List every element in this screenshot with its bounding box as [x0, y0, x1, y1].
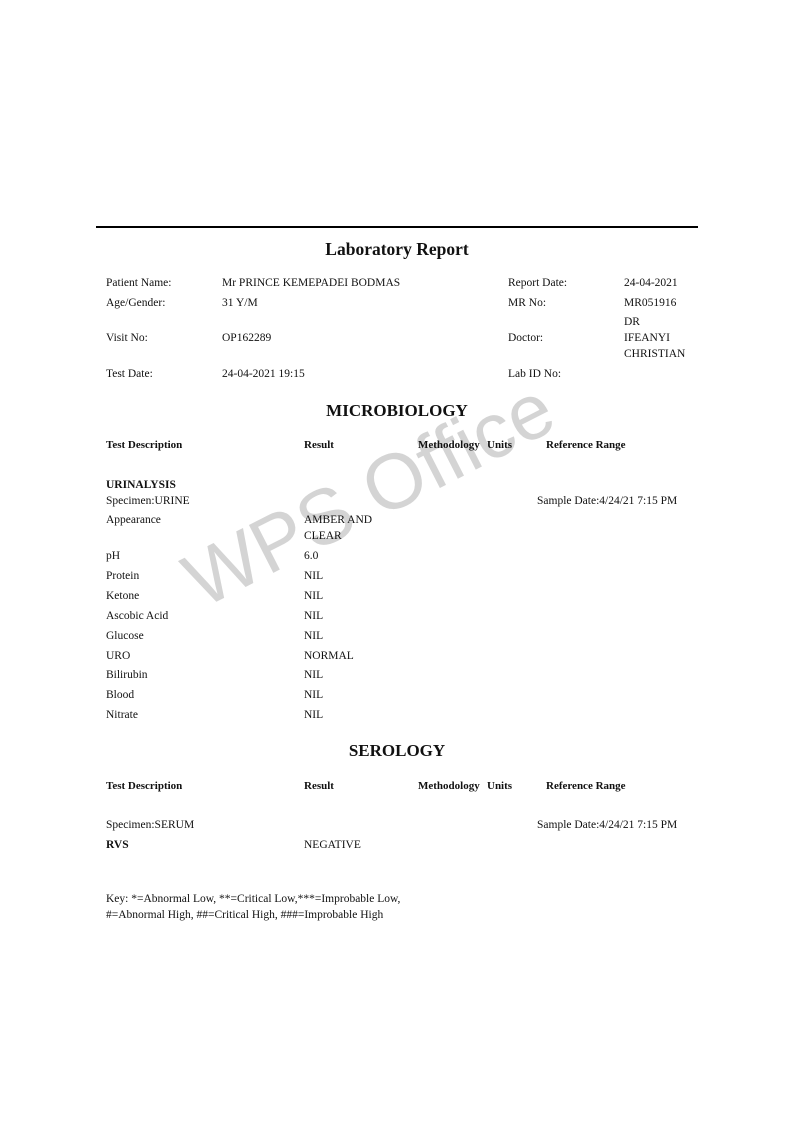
test-result: CLEAR — [304, 530, 342, 542]
report-date-label: Report Date: — [508, 277, 567, 289]
legend-key: Key: *=Abnormal Low, **=Critical Low,***… — [106, 891, 400, 923]
specimen-urine: Specimen:URINE — [106, 495, 190, 507]
specimen-serum: Specimen:SERUM — [106, 819, 194, 831]
patient-name-label: Patient Name: — [106, 277, 171, 289]
doctor-label: Doctor: — [508, 332, 543, 344]
test-result: NIL — [304, 590, 323, 602]
doctor-line2: IFEANYI — [624, 332, 670, 344]
patient-name: Mr PRINCE KEMEPADEI BODMAS — [222, 277, 400, 289]
visit-no: OP162289 — [222, 332, 271, 344]
col-test-description: Test Description — [106, 780, 182, 792]
visit-no-label: Visit No: — [106, 332, 148, 344]
test-name: Bilirubin — [106, 669, 148, 681]
test-result: NIL — [304, 570, 323, 582]
sample-date-serum: Sample Date:4/24/21 7:15 PM — [537, 819, 677, 831]
test-name: Ascobic Acid — [106, 610, 168, 622]
col-test-description: Test Description — [106, 439, 182, 451]
legend-key-line1: Key: *=Abnormal Low, **=Critical Low,***… — [106, 891, 400, 907]
col-reference-range: Reference Range — [546, 780, 626, 792]
col-reference-range: Reference Range — [546, 439, 626, 451]
test-date: 24-04-2021 19:15 — [222, 368, 305, 380]
test-result: NIL — [304, 610, 323, 622]
doctor-line3: CHRISTIAN — [624, 348, 685, 360]
doctor-line1: DR — [624, 316, 640, 328]
col-units: Units — [487, 439, 512, 451]
test-result: NIL — [304, 669, 323, 681]
test-result: NORMAL — [304, 650, 354, 662]
legend-key-line2: #=Abnormal High, ##=Critical High, ###=I… — [106, 907, 400, 923]
col-result: Result — [304, 780, 334, 792]
col-result: Result — [304, 439, 334, 451]
test-name: Appearance — [106, 514, 161, 526]
section-title-serology: SEROLOGY — [0, 741, 794, 761]
test-name: pH — [106, 550, 120, 562]
test-result: NIL — [304, 709, 323, 721]
test-name: Ketone — [106, 590, 139, 602]
col-methodology: Methodology — [418, 780, 480, 792]
section-title-microbiology: MICROBIOLOGY — [0, 401, 794, 421]
group-urinalysis: URINALYSIS — [106, 479, 176, 491]
col-methodology: Methodology — [418, 439, 480, 451]
lab-id-label: Lab ID No: — [508, 368, 561, 380]
test-result-rvs: NEGATIVE — [304, 839, 361, 851]
report-date: 24-04-2021 — [624, 277, 678, 289]
test-result: AMBER AND — [304, 514, 372, 526]
sample-date-urine: Sample Date:4/24/21 7:15 PM — [537, 495, 677, 507]
mr-no-label: MR No: — [508, 297, 546, 309]
test-name-rvs: RVS — [106, 839, 129, 851]
test-result: NIL — [304, 689, 323, 701]
test-name: Glucose — [106, 630, 144, 642]
report-title: Laboratory Report — [0, 239, 794, 260]
age-gender-label: Age/Gender: — [106, 297, 165, 309]
mr-no: MR051916 — [624, 297, 676, 309]
test-result: 6.0 — [304, 550, 318, 562]
test-result: NIL — [304, 630, 323, 642]
top-rule — [96, 226, 698, 228]
age-gender: 31 Y/M — [222, 297, 258, 309]
test-name: URO — [106, 650, 130, 662]
test-name: Nitrate — [106, 709, 138, 721]
col-units: Units — [487, 780, 512, 792]
test-name: Protein — [106, 570, 139, 582]
test-name: Blood — [106, 689, 134, 701]
test-date-label: Test Date: — [106, 368, 153, 380]
